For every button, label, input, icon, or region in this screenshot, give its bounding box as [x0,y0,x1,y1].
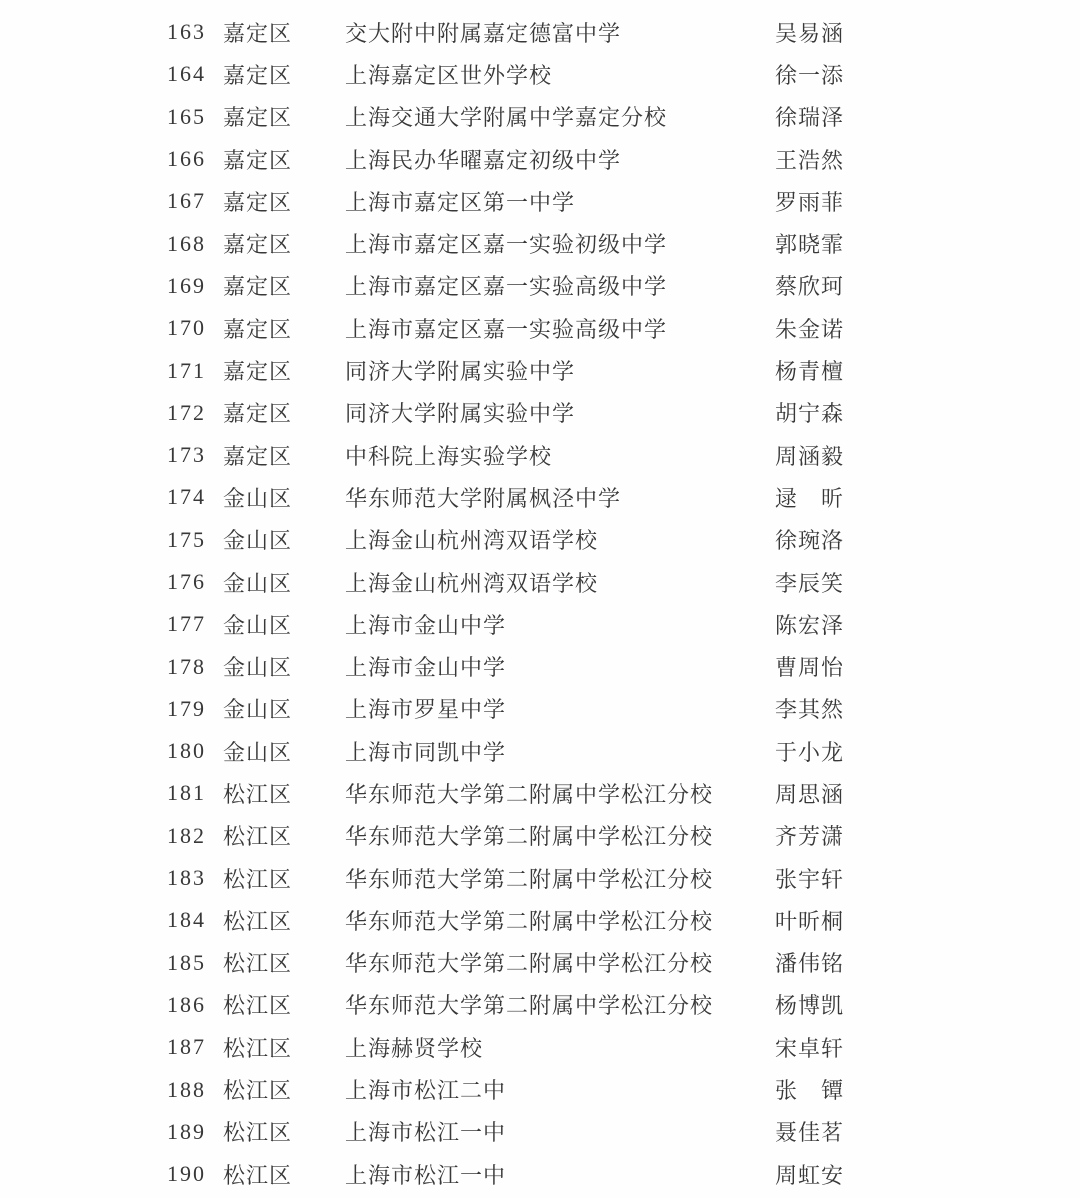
student-name-cell: 王浩然 [775,144,895,175]
student-name-cell: 周虹安 [775,1159,895,1190]
school-cell: 上海市松江二中 [345,1074,775,1105]
school-cell: 上海交通大学附属中学嘉定分校 [345,101,775,132]
student-name-cell: 曹周怡 [775,651,895,682]
table-row: 175 金山区 上海金山杭州湾双语学校 徐琬洛 [0,519,1080,561]
table-row: 184 松江区 华东师范大学第二附属中学松江分校 叶昕桐 [0,899,1080,941]
school-cell: 华东师范大学第二附属中学松江分校 [345,947,775,978]
row-number: 183 [167,865,223,891]
school-cell: 上海市松江一中 [345,1159,775,1190]
student-name-cell: 徐瑞泽 [775,101,895,132]
table-row: 171 嘉定区 同济大学附属实验中学 杨青檀 [0,349,1080,391]
school-cell: 上海市金山中学 [345,609,775,640]
table-row: 173 嘉定区 中科院上海实验学校 周涵毅 [0,434,1080,476]
school-cell: 华东师范大学第二附属中学松江分校 [345,905,775,936]
school-cell: 同济大学附属实验中学 [345,397,775,428]
school-cell: 华东师范大学附属枫泾中学 [345,482,775,513]
row-number: 173 [167,442,223,468]
school-cell: 上海金山杭州湾双语学校 [345,567,775,598]
student-name-cell: 周思涵 [775,778,895,809]
row-number: 166 [167,146,223,172]
student-name-cell: 周涵毅 [775,440,895,471]
row-number: 188 [167,1077,223,1103]
district-cell: 嘉定区 [223,17,345,48]
table-row: 186 松江区 华东师范大学第二附属中学松江分校 杨博凯 [0,984,1080,1026]
student-name-cell: 叶昕桐 [775,905,895,936]
roster-table: 163 嘉定区 交大附中附属嘉定德富中学 吴易涵 164 嘉定区 上海嘉定区世外… [0,0,1080,1195]
row-number: 179 [167,696,223,722]
school-cell: 华东师范大学第二附属中学松江分校 [345,820,775,851]
row-number: 174 [167,484,223,510]
row-number: 177 [167,611,223,637]
row-number: 171 [167,358,223,384]
table-row: 172 嘉定区 同济大学附属实验中学 胡宁森 [0,392,1080,434]
school-cell: 同济大学附属实验中学 [345,355,775,386]
table-row: 190 松江区 上海市松江一中 周虹安 [0,1153,1080,1195]
row-number: 175 [167,527,223,553]
table-row: 169 嘉定区 上海市嘉定区嘉一实验高级中学 蔡欣珂 [0,265,1080,307]
district-cell: 松江区 [223,905,345,936]
row-number: 180 [167,738,223,764]
row-number: 189 [167,1119,223,1145]
row-number: 170 [167,315,223,341]
row-number: 181 [167,780,223,806]
district-cell: 松江区 [223,947,345,978]
row-number: 185 [167,950,223,976]
table-row: 165 嘉定区 上海交通大学附属中学嘉定分校 徐瑞泽 [0,96,1080,138]
district-cell: 松江区 [223,1032,345,1063]
student-name-cell: 聂佳茗 [775,1116,895,1147]
student-name-cell: 胡宁森 [775,397,895,428]
row-number: 176 [167,569,223,595]
district-cell: 嘉定区 [223,397,345,428]
student-name-cell: 陈宏泽 [775,609,895,640]
table-row: 174 金山区 华东师范大学附属枫泾中学 逯 昕 [0,476,1080,518]
row-number: 186 [167,992,223,1018]
row-number: 178 [167,654,223,680]
student-name-cell: 徐一添 [775,59,895,90]
district-cell: 嘉定区 [223,228,345,259]
school-cell: 上海市嘉定区嘉一实验初级中学 [345,228,775,259]
district-cell: 松江区 [223,863,345,894]
row-number: 163 [167,19,223,45]
table-row: 167 嘉定区 上海市嘉定区第一中学 罗雨菲 [0,180,1080,222]
table-row: 187 松江区 上海赫贤学校 宋卓轩 [0,1026,1080,1068]
student-name-cell: 徐琬洛 [775,524,895,555]
district-cell: 嘉定区 [223,270,345,301]
school-cell: 上海民办华曜嘉定初级中学 [345,144,775,175]
student-name-cell: 潘伟铭 [775,947,895,978]
district-cell: 松江区 [223,778,345,809]
table-row: 164 嘉定区 上海嘉定区世外学校 徐一添 [0,53,1080,95]
student-name-cell: 张宇轩 [775,863,895,894]
district-cell: 嘉定区 [223,440,345,471]
school-cell: 交大附中附属嘉定德富中学 [345,17,775,48]
table-row: 181 松江区 华东师范大学第二附属中学松江分校 周思涵 [0,772,1080,814]
district-cell: 金山区 [223,609,345,640]
row-number: 172 [167,400,223,426]
student-name-cell: 张 镡 [775,1074,895,1105]
student-name-cell: 李辰笑 [775,567,895,598]
school-cell: 上海市同凯中学 [345,736,775,767]
table-row: 163 嘉定区 交大附中附属嘉定德富中学 吴易涵 [0,11,1080,53]
district-cell: 嘉定区 [223,313,345,344]
district-cell: 嘉定区 [223,59,345,90]
table-row: 166 嘉定区 上海民办华曜嘉定初级中学 王浩然 [0,138,1080,180]
student-name-cell: 杨博凯 [775,989,895,1020]
row-number: 187 [167,1034,223,1060]
table-row: 177 金山区 上海市金山中学 陈宏泽 [0,603,1080,645]
student-name-cell: 逯 昕 [775,482,895,513]
table-row: 170 嘉定区 上海市嘉定区嘉一实验高级中学 朱金诺 [0,307,1080,349]
school-cell: 上海市金山中学 [345,651,775,682]
table-row: 168 嘉定区 上海市嘉定区嘉一实验初级中学 郭晓霏 [0,222,1080,264]
row-number: 184 [167,907,223,933]
table-row: 176 金山区 上海金山杭州湾双语学校 李辰笑 [0,561,1080,603]
row-number: 182 [167,823,223,849]
table-row: 182 松江区 华东师范大学第二附属中学松江分校 齐芳潇 [0,815,1080,857]
district-cell: 金山区 [223,567,345,598]
school-cell: 中科院上海实验学校 [345,440,775,471]
document-page: 163 嘉定区 交大附中附属嘉定德富中学 吴易涵 164 嘉定区 上海嘉定区世外… [0,0,1080,1198]
student-name-cell: 罗雨菲 [775,186,895,217]
row-number: 168 [167,231,223,257]
student-name-cell: 吴易涵 [775,17,895,48]
row-number: 164 [167,61,223,87]
table-row: 185 松江区 华东师范大学第二附属中学松江分校 潘伟铭 [0,942,1080,984]
school-cell: 上海市嘉定区嘉一实验高级中学 [345,313,775,344]
table-row: 180 金山区 上海市同凯中学 于小龙 [0,730,1080,772]
table-row: 178 金山区 上海市金山中学 曹周怡 [0,645,1080,687]
school-cell: 上海金山杭州湾双语学校 [345,524,775,555]
school-cell: 上海市嘉定区嘉一实验高级中学 [345,270,775,301]
student-name-cell: 于小龙 [775,736,895,767]
district-cell: 嘉定区 [223,186,345,217]
row-number: 190 [167,1161,223,1187]
school-cell: 上海市松江一中 [345,1116,775,1147]
table-row: 183 松江区 华东师范大学第二附属中学松江分校 张宇轩 [0,857,1080,899]
student-name-cell: 杨青檀 [775,355,895,386]
district-cell: 金山区 [223,736,345,767]
district-cell: 松江区 [223,820,345,851]
school-cell: 上海嘉定区世外学校 [345,59,775,90]
student-name-cell: 朱金诺 [775,313,895,344]
student-name-cell: 蔡欣珂 [775,270,895,301]
district-cell: 金山区 [223,651,345,682]
school-cell: 上海市罗星中学 [345,693,775,724]
student-name-cell: 郭晓霏 [775,228,895,259]
table-row: 189 松江区 上海市松江一中 聂佳茗 [0,1111,1080,1153]
row-number: 167 [167,188,223,214]
district-cell: 松江区 [223,1074,345,1105]
school-cell: 上海市嘉定区第一中学 [345,186,775,217]
table-row: 179 金山区 上海市罗星中学 李其然 [0,688,1080,730]
district-cell: 嘉定区 [223,101,345,132]
student-name-cell: 宋卓轩 [775,1032,895,1063]
school-cell: 华东师范大学第二附属中学松江分校 [345,863,775,894]
row-number: 169 [167,273,223,299]
district-cell: 金山区 [223,693,345,724]
row-number: 165 [167,104,223,130]
district-cell: 松江区 [223,1116,345,1147]
district-cell: 嘉定区 [223,355,345,386]
student-name-cell: 李其然 [775,693,895,724]
school-cell: 上海赫贤学校 [345,1032,775,1063]
school-cell: 华东师范大学第二附属中学松江分校 [345,989,775,1020]
table-row: 188 松江区 上海市松江二中 张 镡 [0,1068,1080,1110]
district-cell: 嘉定区 [223,144,345,175]
district-cell: 金山区 [223,524,345,555]
school-cell: 华东师范大学第二附属中学松江分校 [345,778,775,809]
district-cell: 松江区 [223,989,345,1020]
district-cell: 金山区 [223,482,345,513]
district-cell: 松江区 [223,1159,345,1190]
student-name-cell: 齐芳潇 [775,820,895,851]
